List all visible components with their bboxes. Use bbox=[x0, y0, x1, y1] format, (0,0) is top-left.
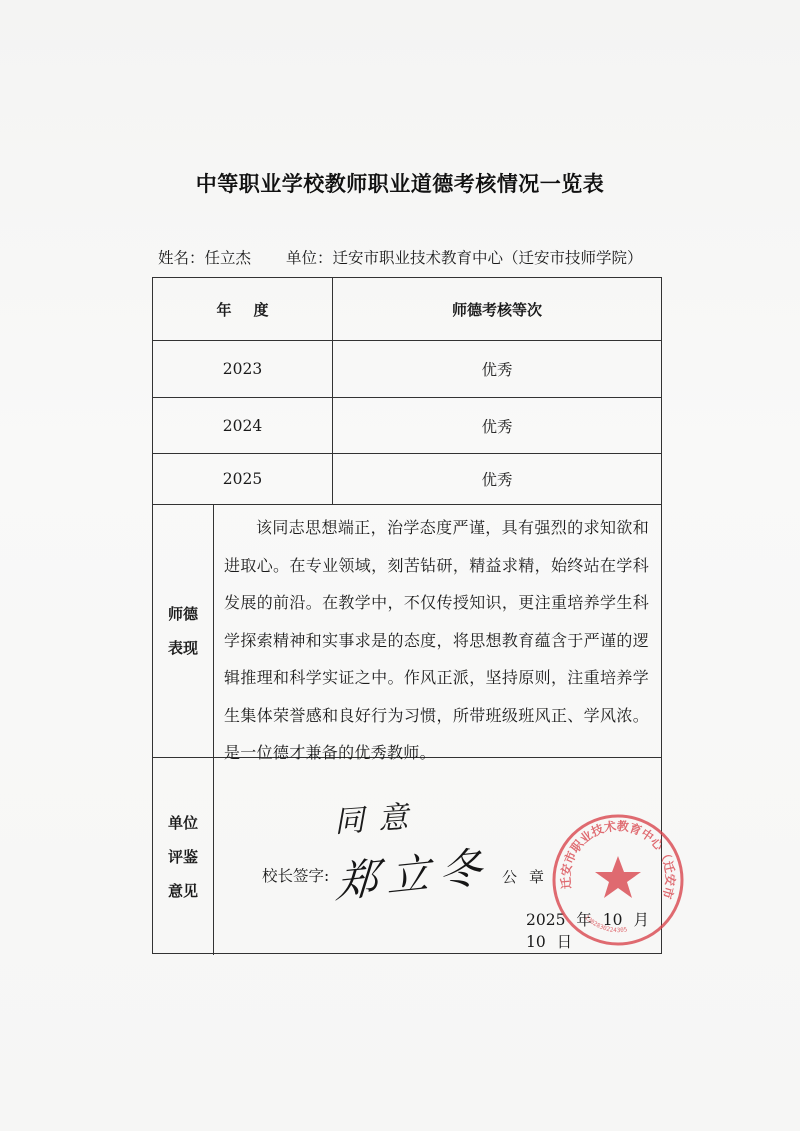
name-label: 姓名： bbox=[158, 249, 205, 267]
document-page: 中等职业学校教师职业道德考核情况一览表 姓名：任立杰 单位：迁安市职业技术教育中… bbox=[0, 0, 800, 1131]
document-title: 中等职业学校教师职业道德考核情况一览表 bbox=[0, 168, 800, 198]
performance-row: 师德 表现 该同志思想端正，治学态度严谨，具有强烈的求知欲和进取心。在专业领域，… bbox=[153, 505, 661, 758]
document-meta: 姓名：任立杰 单位：迁安市职业技术教育中心（迁安市技师学院） bbox=[158, 246, 643, 268]
unit-name: 迁安市职业技术教育中心（迁安市技师学院） bbox=[332, 249, 642, 267]
unit-label: 单位： bbox=[286, 249, 333, 267]
year-cell: 2023 bbox=[153, 341, 333, 397]
table-header-row: 年度 师德考核等次 bbox=[153, 278, 661, 341]
svg-text:迁安市职业技术教育中心（迁安市技师学院）: 迁安市职业技术教育中心（迁安市技师学院） bbox=[550, 812, 678, 901]
year-cell: 2024 bbox=[153, 398, 333, 453]
teacher-name: 任立杰 bbox=[205, 249, 252, 267]
performance-text: 该同志思想端正，治学态度严谨，具有强烈的求知欲和进取心。在专业领域，刻苦钻研，精… bbox=[214, 505, 661, 772]
performance-label: 师德 表现 bbox=[153, 505, 214, 757]
evaluation-body: 同意 校长签字: 郑立冬 公章 2025 年 10 月 10 日 迁安市职业技术… bbox=[214, 758, 661, 955]
table-row: 2023 优秀 bbox=[153, 341, 661, 398]
header-year: 年度 bbox=[153, 278, 333, 340]
grade-cell: 优秀 bbox=[333, 454, 661, 504]
handwritten-opinion: 同意 bbox=[333, 791, 424, 841]
evaluation-label: 单位 评鉴 意见 bbox=[153, 758, 214, 955]
signature-label: 校长签字: bbox=[262, 864, 329, 886]
seal-label: 公章 bbox=[502, 866, 556, 887]
grade-cell: 优秀 bbox=[333, 341, 661, 397]
evaluation-row: 单位 评鉴 意见 同意 校长签字: 郑立冬 公章 2025 年 10 月 10 … bbox=[153, 758, 661, 955]
header-grade: 师德考核等次 bbox=[333, 278, 661, 340]
grade-cell: 优秀 bbox=[333, 398, 661, 453]
table-row: 2025 优秀 bbox=[153, 454, 661, 505]
assessment-table: 年度 师德考核等次 2023 优秀 2024 优秀 2025 优秀 师德 表现 … bbox=[152, 277, 662, 954]
year-cell: 2025 bbox=[153, 454, 333, 504]
evaluation-date: 2025 年 10 月 10 日 bbox=[526, 908, 661, 952]
performance-body: 该同志思想端正，治学态度严谨，具有强烈的求知欲和进取心。在专业领域，刻苦钻研，精… bbox=[214, 505, 661, 757]
table-row: 2024 优秀 bbox=[153, 398, 661, 454]
principal-signature: 郑立冬 bbox=[334, 833, 493, 910]
